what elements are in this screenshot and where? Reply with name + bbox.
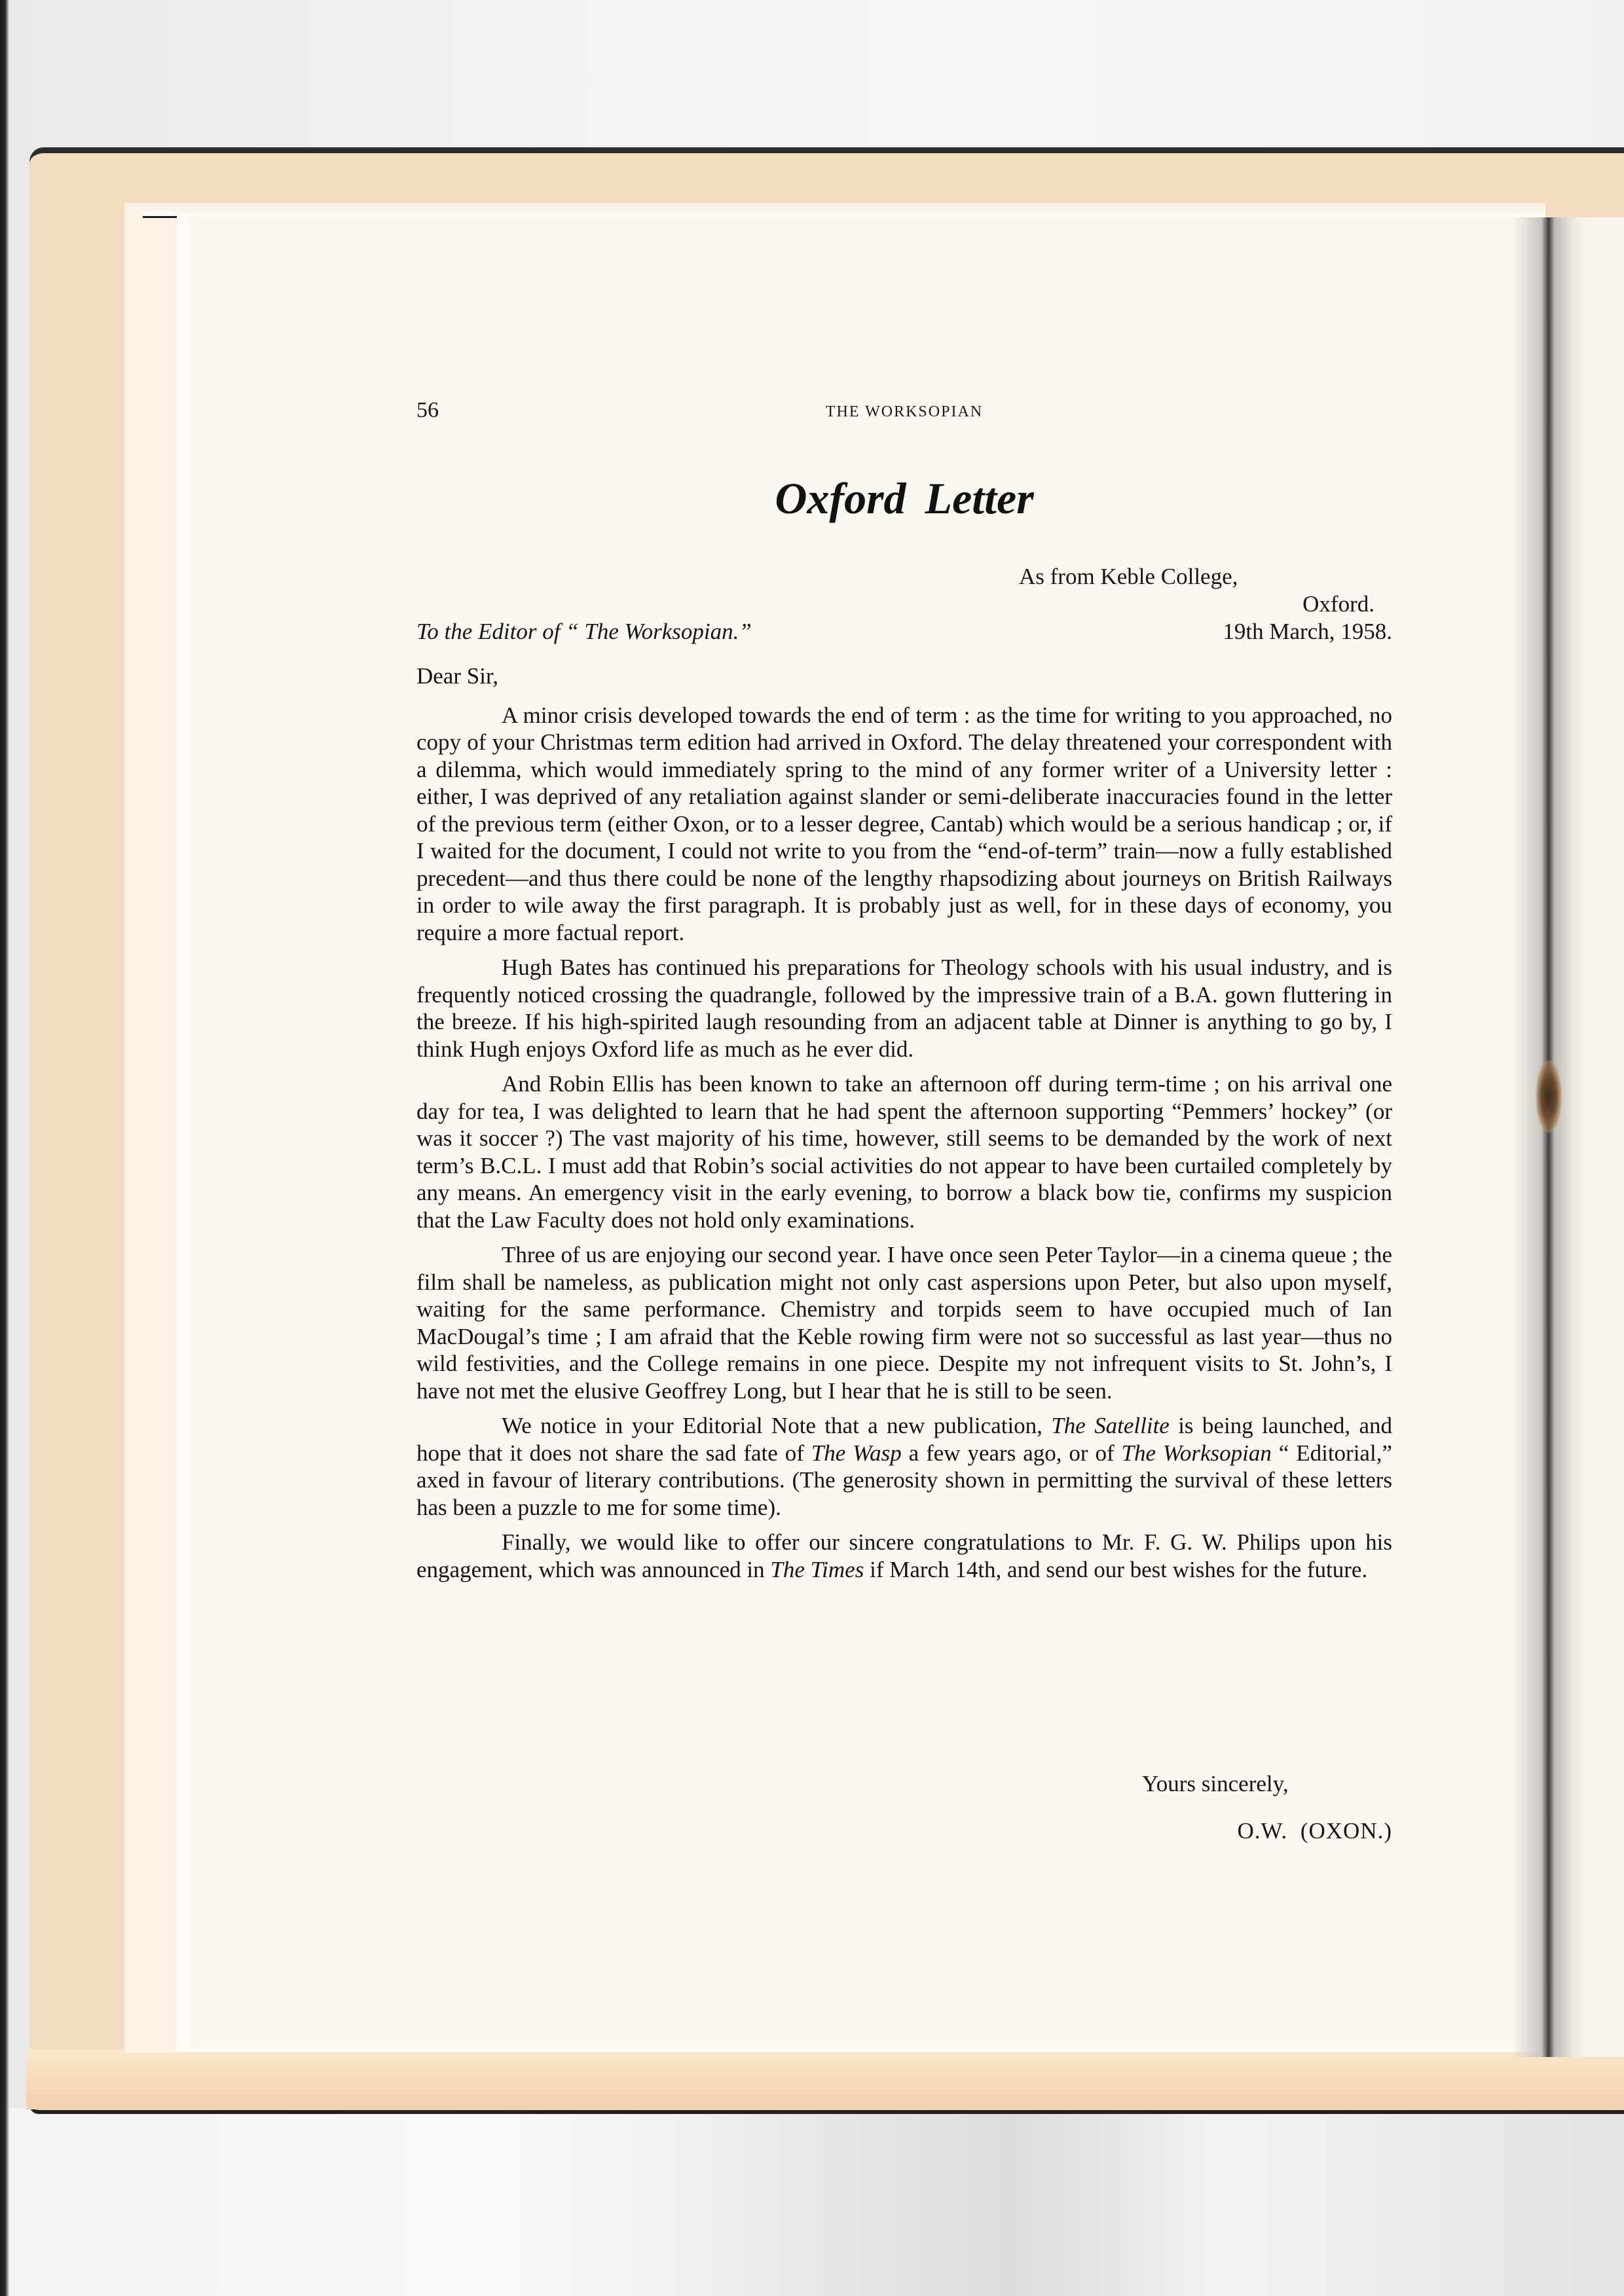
scanner-background [9, 2108, 1624, 2296]
paragraph-2: Hugh Bates has continued his preparation… [416, 954, 1392, 1063]
address-line-college: As from Keble College, [1019, 563, 1238, 591]
journal-title: THE WORKSOPIAN [416, 403, 1392, 421]
publication-title-wasp: The Wasp [811, 1440, 902, 1466]
paragraph-5-text: We notice in your Editorial Note that a … [502, 1413, 1051, 1438]
publication-title-times: The Times [770, 1557, 864, 1582]
facing-page-edge [1585, 217, 1624, 2057]
letter-date: 19th March, 1958. [1223, 618, 1392, 646]
gutter-stain [1536, 1061, 1562, 1133]
paragraph-3: And Robin Ellis has been known to take a… [416, 1070, 1392, 1233]
signature: O.W. (OXON.) [1237, 1818, 1392, 1844]
recipient-line: To the Editor of “ The Worksopian.” [416, 618, 752, 646]
salutation: Dear Sir, [416, 663, 1392, 690]
address-line-city: Oxford. [1302, 591, 1375, 618]
paragraph-6-text: if March 14th, and send our best wishes … [864, 1557, 1367, 1582]
publication-title-worksopian: The Worksopian [1122, 1440, 1272, 1466]
paragraph-5: We notice in your Editorial Note that a … [416, 1412, 1392, 1521]
publication-title-satellite: The Satellite [1051, 1413, 1170, 1438]
paragraph-1: A minor crisis developed towards the end… [416, 702, 1392, 947]
book-gutter [1513, 217, 1585, 2057]
paragraph-5-text: a few years ago, or of [902, 1440, 1122, 1466]
paragraph-4: Three of us are enjoying our second year… [416, 1241, 1392, 1404]
book-cover-bottom-edge [26, 2049, 1624, 2109]
paragraph-6: Finally, we would like to offer our sinc… [416, 1529, 1392, 1583]
article-title: Oxford Letter [416, 473, 1392, 524]
valediction: Yours sincerely, [1142, 1771, 1289, 1797]
running-head: 56 THE WORKSOPIAN [416, 398, 1392, 424]
letter-body: Dear Sir, A minor crisis developed towar… [416, 663, 1392, 1591]
